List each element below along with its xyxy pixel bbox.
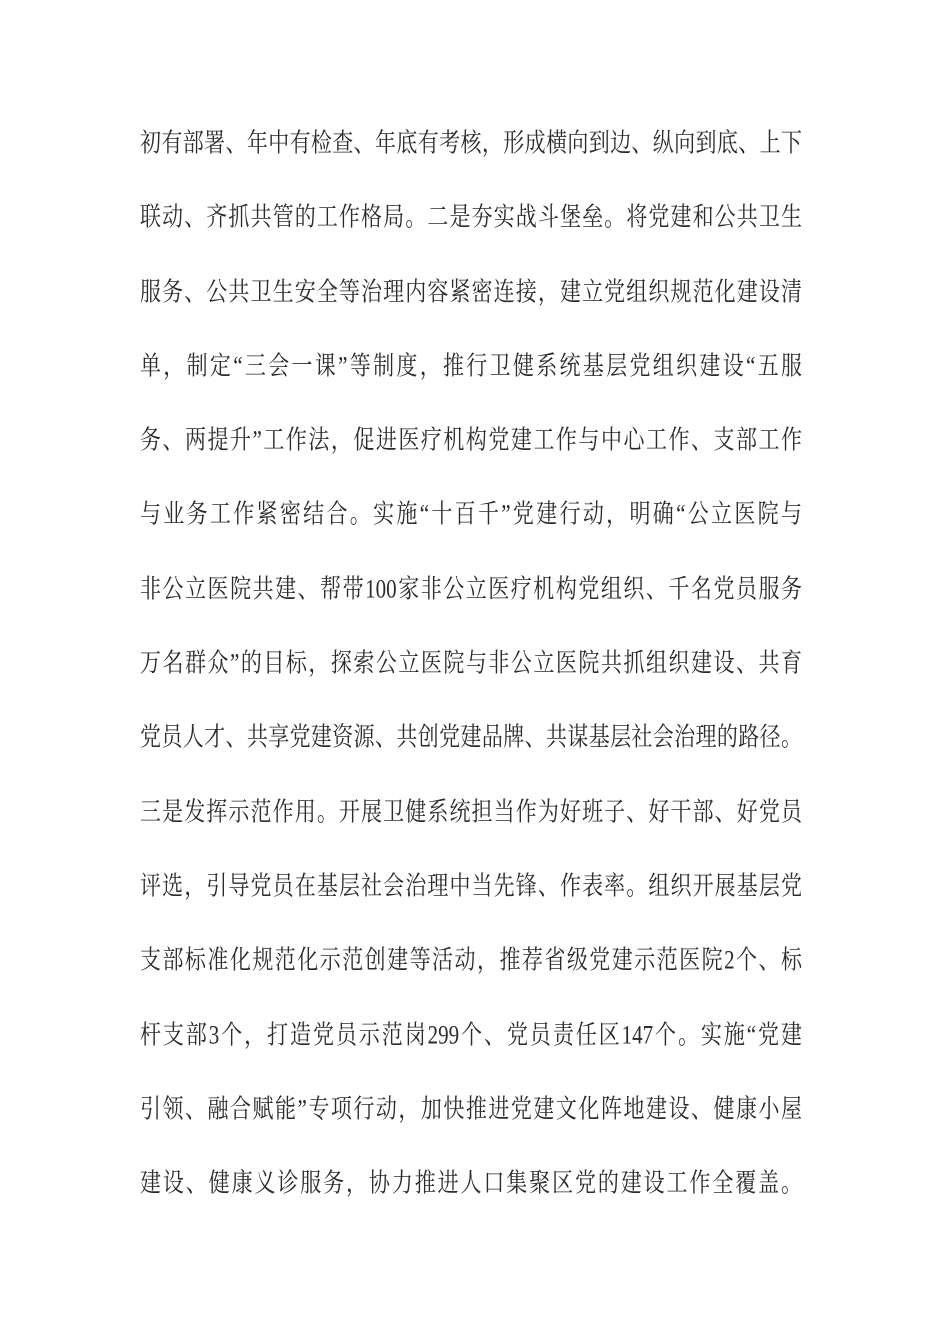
document-page: 初有部署、年中有检查、年底有考核，形成横向到边、纵向到底、上下 联动、齐抓共管的… <box>0 0 950 1344</box>
text-line: 建设、健康义诊服务，协力推进人口集聚区党的建设工作全覆盖。 <box>140 1137 802 1230</box>
body-paragraph: 初有部署、年中有检查、年底有考核，形成横向到边、纵向到底、上下 联动、齐抓共管的… <box>140 106 802 1220</box>
